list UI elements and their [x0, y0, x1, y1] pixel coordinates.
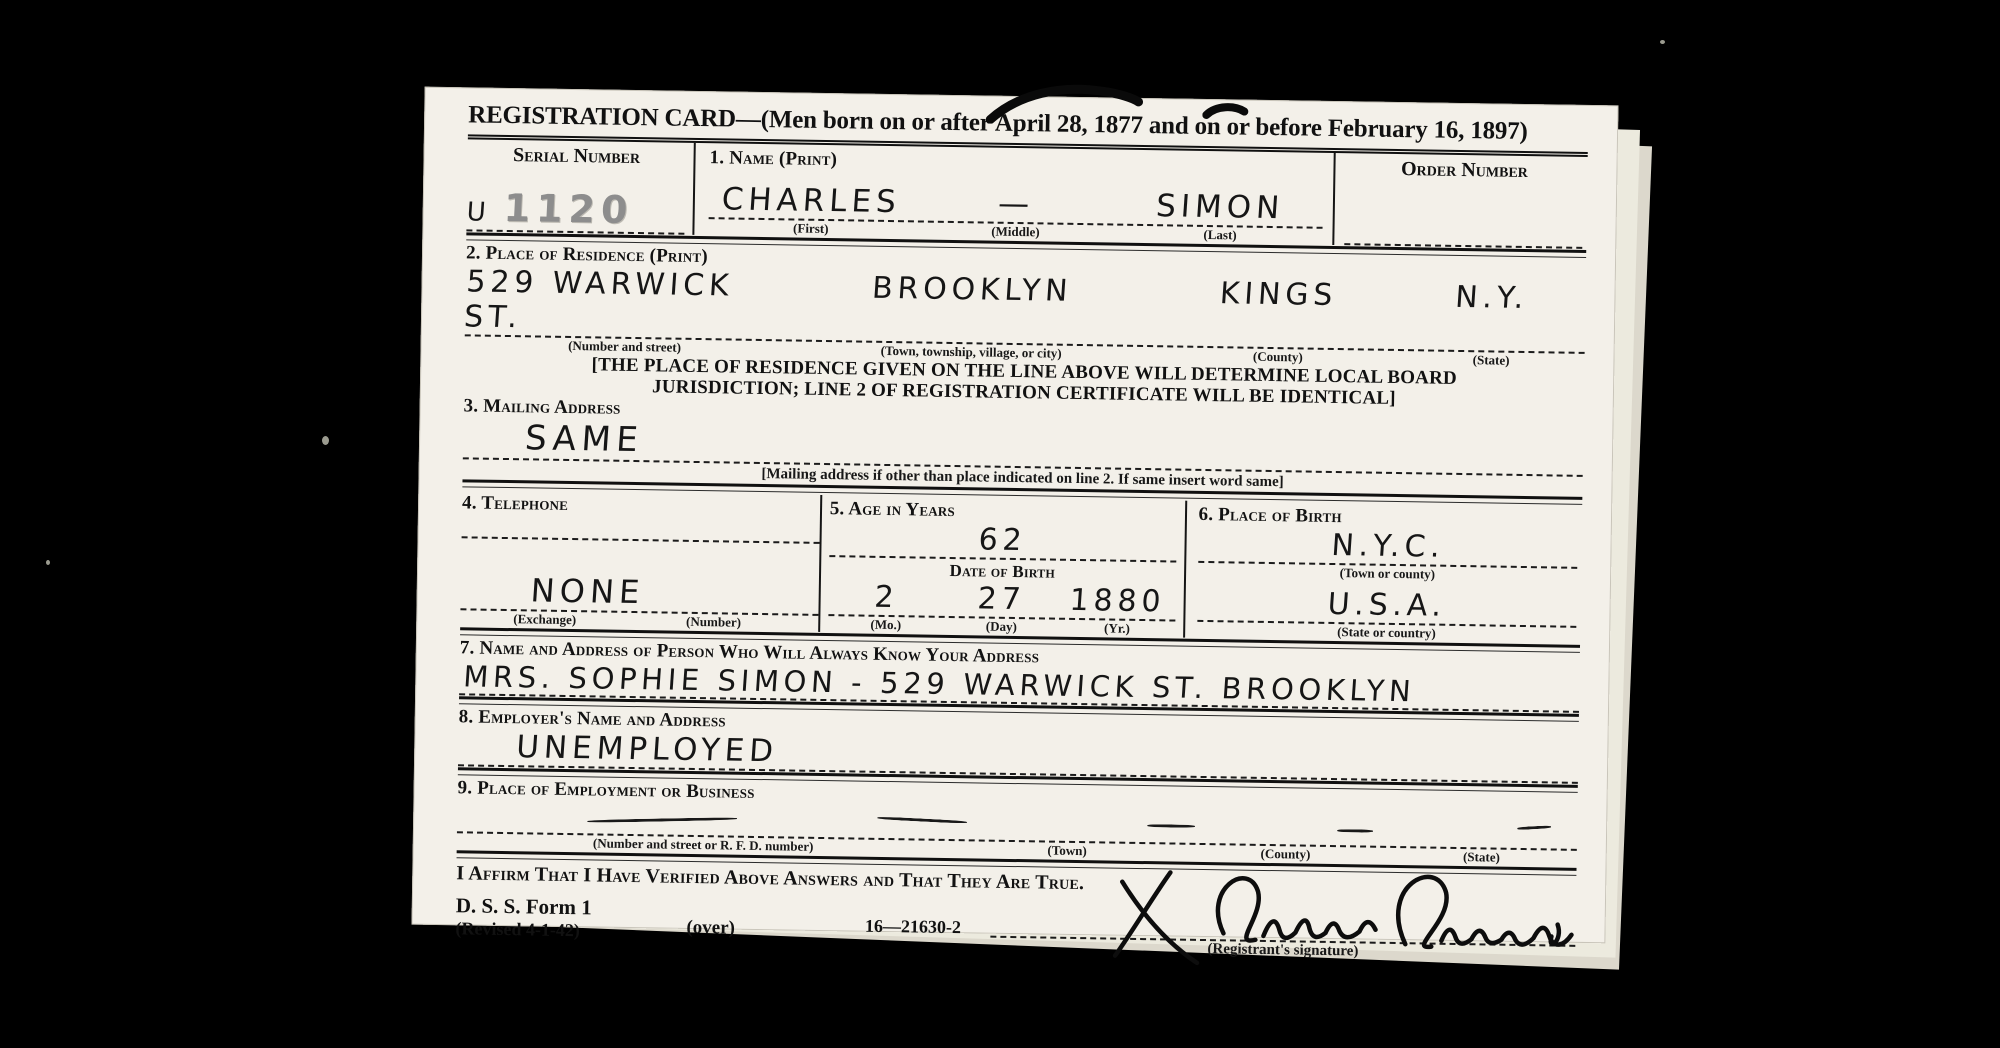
mailing-section: 3. Mailing Address SAME [Mailing address… — [463, 395, 1584, 496]
age-value: 62 — [978, 522, 1028, 558]
middle-caption: (Middle) — [913, 222, 1118, 241]
ink-mark — [984, 81, 1145, 126]
exchange-caption: (Exchange) — [460, 610, 629, 629]
birth-year-value: 1880 — [1058, 582, 1176, 619]
serial-number-box: Serial Number U 1120 — [466, 139, 695, 235]
telephone-value: NONE — [529, 571, 645, 611]
form-id-block: D. S. S. Form 1 (Revised 4-1-42) — [455, 893, 592, 941]
ink-mark — [1147, 824, 1195, 828]
form-number: D. S. S. Form 1 — [456, 893, 592, 920]
employer-value: UNEMPLOYED — [515, 729, 779, 769]
form-revision: (Revised 4-1-42) — [455, 918, 591, 941]
ink-mark — [877, 816, 967, 824]
telephone-box: 4. Telephone NONE (Exchange) (Number) — [460, 489, 820, 632]
residence-section: 2. Place of Residence (Print) 529 WARWIC… — [464, 242, 1586, 412]
order-number-line — [1344, 203, 1583, 249]
order-number-box: Order Number — [1332, 153, 1587, 249]
day-caption: (Day) — [943, 617, 1059, 635]
dust-speck — [322, 436, 329, 445]
serial-number-label: Serial Number — [467, 143, 685, 169]
residence-county-value: KINGS — [1158, 275, 1400, 314]
month-caption: (Mo.) — [828, 616, 944, 634]
ink-mark — [1202, 101, 1248, 122]
serial-number-line: U 1120 — [466, 185, 685, 234]
residence-town-value: BROOKLYN — [784, 269, 1160, 310]
number-caption: (Number) — [629, 612, 798, 631]
name-last-value: SIMON — [1117, 188, 1324, 227]
first-caption: (First) — [708, 219, 913, 238]
serial-prefix-value: U — [466, 197, 491, 227]
age-box: 5. Age in Years 62 Date of Birth 2 27 18… — [818, 494, 1187, 637]
name-box: 1. Name (Print) CHARLES — SIMON (First) … — [694, 143, 1333, 245]
ink-mark — [1337, 829, 1373, 833]
year-caption: (Yr.) — [1059, 619, 1175, 637]
birth-month-value: 2 — [827, 579, 945, 616]
mailing-value: SAME — [524, 418, 645, 460]
ink-mark — [1517, 825, 1551, 830]
dust-speck — [46, 560, 50, 565]
identity-row: Serial Number U 1120 1. Name (Print) CHA… — [466, 139, 1587, 249]
name-middle-value: — — [912, 184, 1119, 223]
footer-row: D. S. S. Form 1 (Revised 4-1-42) (over) … — [455, 893, 1576, 964]
scan-background: REGISTRATION CARD—(Men born on or after … — [0, 0, 2000, 1048]
telephone-age-birth-row: 4. Telephone NONE (Exchange) (Number) 5.… — [460, 489, 1582, 644]
residence-street-value: 529 WARWICK ST. — [463, 264, 788, 339]
last-caption: (Last) — [1118, 226, 1323, 245]
signature-block: (Registrant's signature) — [991, 901, 1576, 963]
birth-country-value: U.S.A. — [1327, 586, 1448, 623]
order-number-label: Order Number — [1345, 157, 1583, 184]
name-label: 1. Name (Print) — [709, 147, 1323, 179]
telephone-label: 4. Telephone — [462, 492, 820, 520]
registration-card: REGISTRATION CARD—(Men born on or after … — [411, 87, 1618, 944]
print-code: 16—21630-2 — [865, 915, 961, 938]
dust-speck — [1660, 40, 1665, 44]
ink-mark — [587, 817, 737, 823]
name-first-value: CHARLES — [708, 181, 915, 220]
registrant-signature — [1105, 851, 1577, 978]
birth-town-value: N.Y.C. — [1330, 528, 1445, 565]
birth-day-value: 27 — [943, 580, 1061, 617]
place-of-birth-box: 6. Place of Birth N.Y.C. (Town or county… — [1185, 500, 1583, 643]
residence-state-value: N.Y. — [1398, 279, 1587, 317]
over-note: (over) — [686, 916, 735, 939]
serial-number-value: 1120 — [503, 186, 635, 232]
